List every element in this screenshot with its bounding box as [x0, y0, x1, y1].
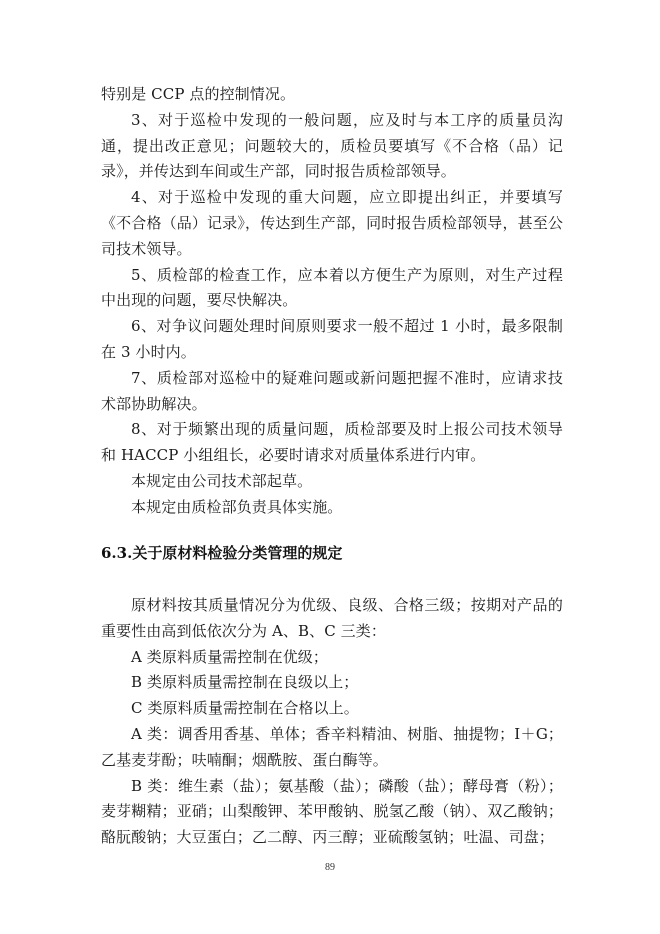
document-page: 特别是 CCP 点的控制情况。 3、对于巡检中发现的一般问题，应及时与本工序的质… — [0, 0, 660, 934]
paragraph-item-7: 7、质检部对巡检中的疑难问题或新问题把握不准时，应请求技术部协助解决。 — [101, 366, 563, 418]
paragraph-item-3: 3、对于巡检中发现的一般问题，应及时与本工序的质量员沟通，提出改正意见；问题较大… — [101, 108, 563, 185]
page-number: 89 — [0, 862, 660, 873]
paragraph-class-b-requirement: B 类原料质量需控制在良级以上； — [101, 670, 563, 696]
paragraph-item-5: 5、质检部的检查工作，应本着以方便生产为原则，对生产过程中出现的问题，要尽快解决… — [101, 263, 563, 315]
paragraph-item-8: 8、对于频繁出现的质量问题，质检部要及时上报公司技术领导和 HACCP 小组组长… — [101, 417, 563, 469]
paragraph-implemented-by: 本规定由质检部负责具体实施。 — [101, 495, 563, 521]
section-heading: 6.3.关于原材料检验分类管理的规定 — [101, 541, 342, 567]
paragraph-item-4: 4、对于巡检中发现的重大问题，应立即提出纠正，并要填写《不合格（品）记录》，传达… — [101, 185, 563, 262]
paragraph-drafted-by: 本规定由公司技术部起草。 — [101, 469, 563, 495]
paragraph-class-a-list: A 类：调香用香基、单体；香辛料精油、树脂、抽提物；I＋G；乙基麦芽酚；呋喃酮；… — [101, 722, 563, 774]
top-text-block: 特别是 CCP 点的控制情况。 3、对于巡检中发现的一般问题，应及时与本工序的质… — [101, 82, 563, 521]
paragraph-class-c-requirement: C 类原料质量需控制在合格以上。 — [101, 696, 563, 722]
bottom-text-block: 原材料按其质量情况分为优级、良级、合格三级；按期对产品的重要性由高到低依次分为 … — [101, 593, 563, 851]
paragraph-item-6: 6、对争议问题处理时间原则要求一般不超过 1 小时，最多限制在 3 小时内。 — [101, 314, 563, 366]
paragraph-class-b-list: B 类：维生素（盐）；氨基酸（盐）；磷酸（盐）；酵母膏（粉）；麦芽糊精；亚硝；山… — [101, 774, 563, 851]
paragraph-material-grades: 原材料按其质量情况分为优级、良级、合格三级；按期对产品的重要性由高到低依次分为 … — [101, 593, 563, 645]
paragraph-class-a-requirement: A 类原料质量需控制在优级； — [101, 645, 563, 671]
paragraph-ccp-continuation: 特别是 CCP 点的控制情况。 — [101, 82, 563, 108]
